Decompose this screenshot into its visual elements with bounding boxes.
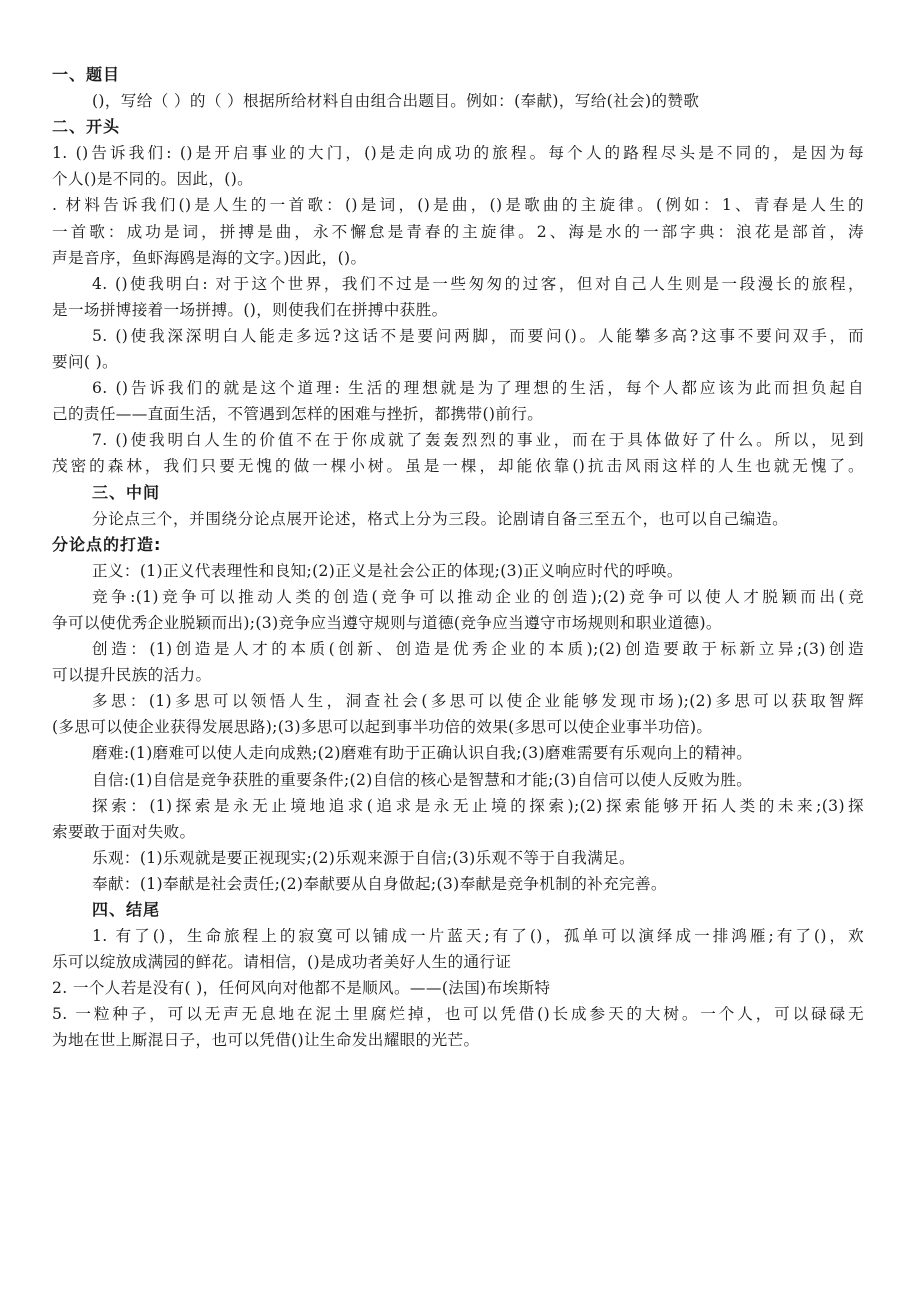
paragraph-line: 4. ()使我明白: 对于这个世界，我们不过是一些匆匆的过客，但对自己人生则是一… xyxy=(52,271,864,297)
paragraph-line: 7. ()使我明白人生的价值不在于你成就了轰轰烈烈的事业，而在于具体做好了什么。… xyxy=(52,427,864,453)
argument-line: 竞争:(1)竞争可以推动人类的创造(竞争可以推动企业的创造);(2)竞争可以使人… xyxy=(52,584,864,610)
paragraph-line: 5. 一粒种子，可以无声无息地在泥土里腐烂掉，也可以凭借()长成参天的大树。一个… xyxy=(52,1001,864,1027)
argument-line: 自信:(1)自信是竞争获胜的重要条件;(2)自信的核心是智慧和才能;(3)自信可… xyxy=(52,767,864,793)
paragraph-line: 是一场拼博接着一场拼搏。()，则使我们在拼搏中获胜。 xyxy=(52,297,864,323)
paragraph-line: ()，写给（ ）的（ ）根据所给材料自由组合出题目。例如：(奉献)，写给(社会)… xyxy=(52,88,864,114)
subheading-sub-arguments: 分论点的打造: xyxy=(52,532,864,558)
paragraph-line: 一首歌：成功是词，拼搏是曲，永不懈怠是青春的主旋律。2、海是水的一部字典：浪花是… xyxy=(52,219,864,245)
section-intro: 分论点三个，并围绕分论点展开论述，格式上分为三段。论剧请自备三至五个，也可以自己… xyxy=(52,506,864,532)
paragraph-line: 要问( )。 xyxy=(52,349,864,375)
argument-line: 正义：(1)正义代表理性和良知;(2)正义是社会公正的体现;(3)正义响应时代的… xyxy=(52,558,864,584)
argument-line: 奉献：(1)奉献是社会责任;(2)奉献要从自身做起;(3)奉献是竞争机制的补充完… xyxy=(52,871,864,897)
paragraph-line: 1. 有了()，生命旅程上的寂寞可以铺成一片蓝天;有了()，孤单可以演绎成一排鸿… xyxy=(52,923,864,949)
paragraph-line: 为地在世上厮混日子，也可以凭借()让生命发出耀眼的光芒。 xyxy=(52,1027,864,1053)
argument-line: 可以提升民族的活力。 xyxy=(52,662,864,688)
paragraph-line: 5. ()使我深深明白人能走多远?这话不是要问两脚，而要问()。人能攀多高?这事… xyxy=(52,323,864,349)
argument-line: 磨难:(1)磨难可以使人走向成熟;(2)磨难有助于正确认识自我;(3)磨难需要有… xyxy=(52,740,864,766)
argument-line: 多思：(1)多思可以领悟人生，洞查社会(多思可以使企业能够发现市场);(2)多思… xyxy=(52,688,864,714)
paragraph-line: 茂密的森林，我们只要无愧的做一棵小树。虽是一棵，却能依靠()抗击风雨这样的人生也… xyxy=(52,453,864,479)
paragraph-line: 个人()是不同的。因此，()。 xyxy=(52,166,864,192)
paragraph-line: 乐可以绽放成满园的鲜花。请相信，()是成功者美好人生的通行证 xyxy=(52,949,864,975)
section-heading-body: 三、中间 xyxy=(52,480,864,506)
argument-line: (多思可以使企业获得发展思路);(3)多思可以起到事半功倍的效果(多思可以使企业… xyxy=(52,714,864,740)
argument-line: 乐观：(1)乐观就是要正视现实;(2)乐观来源于自信;(3)乐观不等于自我满足。 xyxy=(52,845,864,871)
argument-line: 索要敢于面对失败。 xyxy=(52,819,864,845)
paragraph-line: 1. ()告诉我们: ()是开启事业的大门，()是走向成功的旅程。每个人的路程尽… xyxy=(52,140,864,166)
paragraph-line: 6. ()告诉我们的就是这个道理: 生活的理想就是为了理想的生活，每个人都应该为… xyxy=(52,375,864,401)
section-heading-ending: 四、结尾 xyxy=(52,897,864,923)
argument-line: 探索：(1)探索是永无止境地追求(追求是永无止境的探索);(2)探索能够开拓人类… xyxy=(52,793,864,819)
document-page: 一、题目 ()，写给（ ）的（ ）根据所给材料自由组合出题目。例如：(奉献)，写… xyxy=(52,62,864,1054)
argument-line: 争可以使优秀企业脱颖而出);(3)竞争应当遵守规则与道德(竞争应当遵守市场规则和… xyxy=(52,610,864,636)
paragraph-line: 己的责任——直面生活，不管遇到怎样的困难与挫折，都携带()前行。 xyxy=(52,401,864,427)
section-heading-title: 一、题目 xyxy=(52,62,864,88)
section-heading-opening: 二、开头 xyxy=(52,114,864,140)
paragraph-line: 声是音序，鱼虾海鸥是海的文字。)因此，()。 xyxy=(52,245,864,271)
paragraph-line: 2. 一个人若是没有( )，任何风向对他都不是顺风。——(法国)布埃斯特 xyxy=(52,975,864,1001)
paragraph-line: . 材料告诉我们()是人生的一首歌：()是词，()是曲，()是歌曲的主旋律。(例… xyxy=(52,192,864,218)
argument-line: 创造：(1)创造是人才的本质(创新、创造是优秀企业的本质);(2)创造要敢于标新… xyxy=(52,636,864,662)
